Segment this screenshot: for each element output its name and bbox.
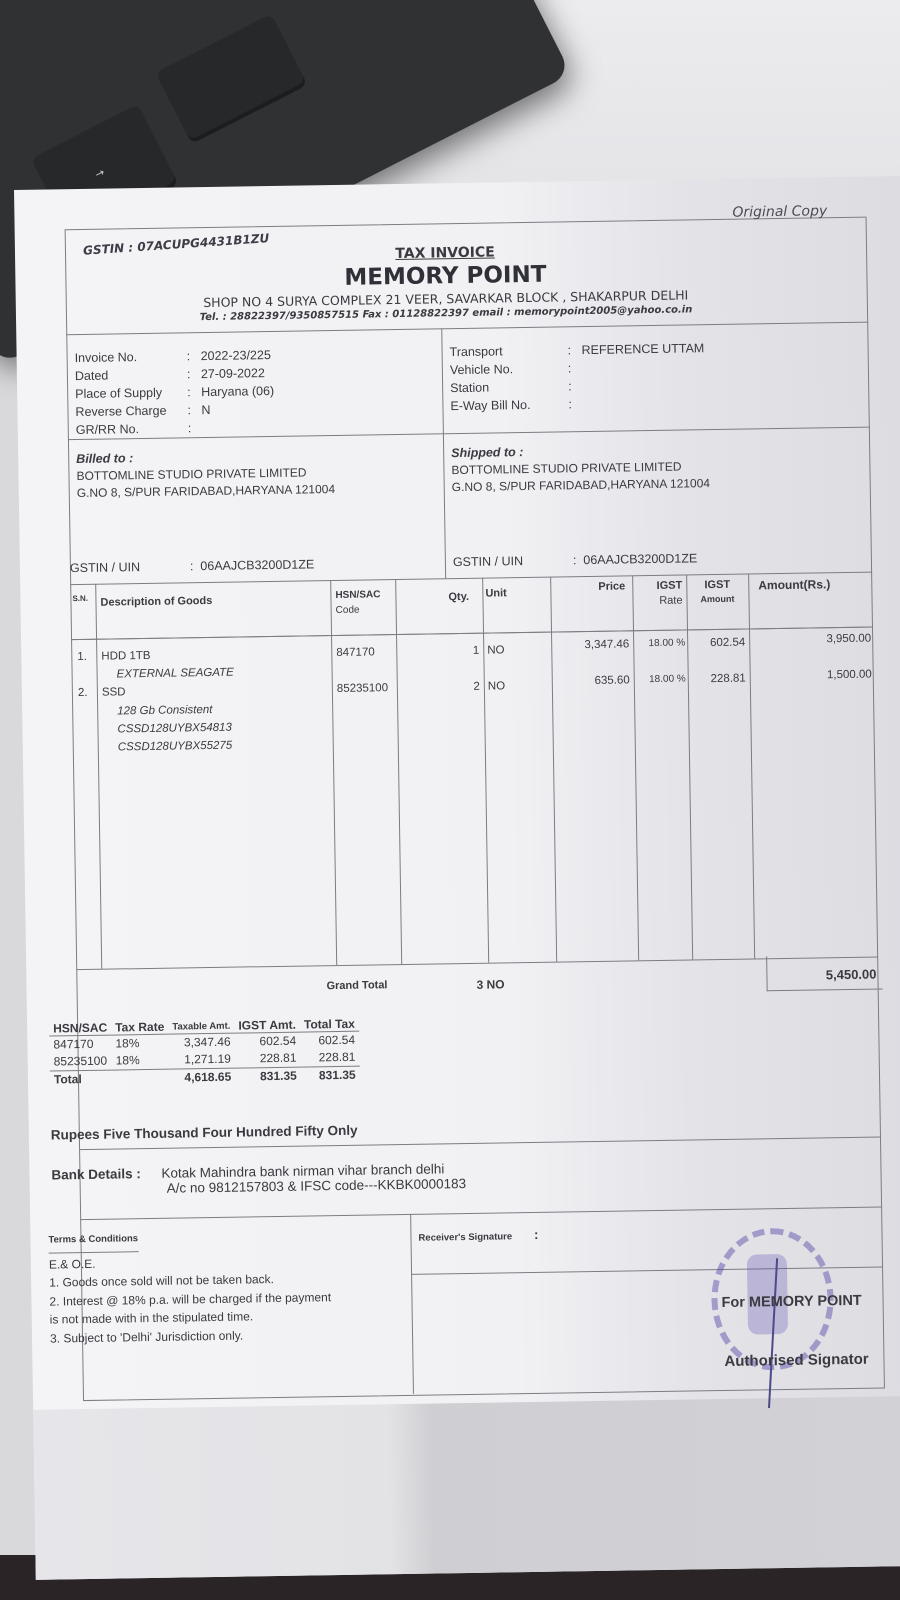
- item-unit: NO: [487, 644, 504, 656]
- receiver-signature-label: Receiver's Signature: [418, 1231, 512, 1243]
- gstin-value: 06AAJCB3200D1ZE: [200, 557, 314, 573]
- item-qty: 2: [442, 681, 480, 694]
- info-label: Dated: [75, 365, 187, 385]
- copy-label: Original Copy: [732, 203, 827, 220]
- item-description: SSD: [102, 686, 126, 698]
- hsn-header-line1: HSN/SAC: [335, 589, 380, 601]
- gstin-value: 06AAJCB3200D1ZE: [583, 551, 697, 567]
- tax-header-igst: IGST Amt.: [234, 1018, 300, 1034]
- item-qty: 1: [441, 645, 479, 658]
- info-label: Place of Supply: [75, 383, 187, 403]
- info-label: Transport: [449, 341, 567, 361]
- item-amount: 3,950.00: [749, 633, 871, 647]
- invoice-date: 27-09-2022: [201, 364, 265, 383]
- tax-summary-table: HSN/SAC Tax Rate Taxable Amt. IGST Amt. …: [49, 1017, 360, 1089]
- total-tax: 602.54: [300, 1031, 359, 1049]
- keyboard-key: [155, 14, 307, 144]
- col-header-amount: Amount(Rs.): [758, 577, 830, 592]
- igst-rate-line1: IGST: [638, 580, 682, 593]
- gstin-label: GSTIN / UIN: [453, 553, 573, 569]
- item-igst-rate: 18.00 %: [633, 638, 685, 650]
- igst-total: 831.35: [235, 1067, 301, 1086]
- col-header-igst-rate: IGSTRate: [638, 580, 682, 608]
- item-hsn: 847170: [336, 646, 375, 659]
- igst-amount: 602.54: [235, 1032, 301, 1051]
- item-sn: 2.: [78, 687, 88, 699]
- item-igst-amount: 602.54: [687, 637, 745, 650]
- invoice-info: Invoice No.:2022-23/225 Dated:27-09-2022…: [75, 346, 275, 439]
- item-hsn: 85235100: [337, 682, 388, 695]
- grand-total-qty: 3 NO: [476, 977, 504, 991]
- hsn-header-line2: Code: [336, 604, 381, 616]
- info-label: Invoice No.: [75, 347, 187, 367]
- invoice-paper: GSTIN : 07ACUPG4431B1ZU Original Copy TA…: [14, 176, 900, 1580]
- item-detail: EXTERNAL SEAGATE: [117, 667, 234, 681]
- col-header-unit: Unit: [485, 587, 507, 599]
- info-label: Reverse Charge: [75, 401, 187, 421]
- item-description: HDD 1TB: [101, 650, 150, 663]
- item-detail: 128 Gb Consistent: [117, 704, 212, 717]
- item-unit: NO: [488, 680, 505, 692]
- tax-rate: 18%: [111, 1034, 168, 1052]
- bank-label: Bank Details :: [51, 1166, 161, 1183]
- item-price: 3,347.46: [551, 638, 629, 651]
- authorised-signatory: Authorised Signator: [724, 1351, 868, 1370]
- billed-to: Billed to : BOTTOMLINE STUDIO PRIVATE LI…: [76, 447, 335, 502]
- tax-total-label: Total: [50, 1070, 112, 1088]
- tax-rate: 18%: [112, 1052, 169, 1070]
- item-detail: CSSD128UYBX55275: [118, 740, 233, 754]
- tax-header-total: Total Tax: [300, 1017, 359, 1032]
- info-row: Place of Supply:Haryana (06): [75, 382, 274, 403]
- info-label: E-Way Bill No.: [450, 395, 568, 415]
- col-header-sn: S.N.: [72, 594, 88, 603]
- taxable-amount: 3,347.46: [168, 1033, 234, 1052]
- total-tax-total: 831.35: [301, 1066, 360, 1084]
- tax-header-hsn: HSN/SAC: [49, 1021, 111, 1036]
- info-label: GR/RR No.: [76, 419, 188, 439]
- igst-amount-line1: IGST: [688, 579, 746, 592]
- receiver-signature: Receiver's Signature:: [418, 1227, 538, 1244]
- igst-amount-line2: Amount: [688, 594, 746, 605]
- receiver-colon: :: [534, 1227, 539, 1242]
- tax-hsn: 847170: [49, 1035, 111, 1053]
- igst-rate-line2: Rate: [638, 595, 682, 608]
- grand-total-label: Grand Total: [326, 979, 387, 992]
- col-header-qty: Qty.: [448, 591, 469, 603]
- col-header-price: Price: [598, 580, 625, 592]
- item-igst-rate: 18.00 %: [634, 674, 686, 686]
- terms-conditions: Terms & Conditions E.& O.E. 1. Goods onc…: [48, 1225, 331, 1347]
- reverse-charge: N: [201, 401, 210, 419]
- shipped-to: Shipped to : BOTTOMLINE STUDIO PRIVATE L…: [451, 441, 710, 496]
- item-sn: 1.: [77, 651, 87, 663]
- igst-amount: 228.81: [235, 1050, 301, 1069]
- tax-total-rate: [112, 1069, 169, 1087]
- terms-title: Terms & Conditions: [48, 1230, 138, 1253]
- grand-total-amount: 5,450.00: [766, 967, 876, 984]
- transport-info: Transport:REFERENCE UTTAM Vehicle No.: S…: [449, 339, 705, 415]
- paper-fold: [33, 1396, 900, 1580]
- invoice-number: 2022-23/225: [200, 346, 270, 365]
- info-row: GR/RR No.:: [76, 418, 275, 439]
- item-price: 635.60: [552, 674, 630, 687]
- tax-header-rate: Tax Rate: [111, 1020, 168, 1035]
- for-company-label: For MEMORY POINT: [721, 1293, 861, 1311]
- taxable-total: 4,618.65: [169, 1068, 235, 1087]
- place-of-supply: Haryana (06): [201, 382, 274, 401]
- info-label: Station: [450, 377, 568, 397]
- gstin-label: GSTIN / UIN: [70, 559, 190, 575]
- item-igst-amount: 228.81: [688, 673, 746, 686]
- info-label: Vehicle No.: [450, 359, 568, 379]
- item-amount: 1,500.00: [750, 669, 872, 683]
- tax-hsn: 85235100: [50, 1053, 112, 1071]
- taxable-amount: 1,271.19: [169, 1051, 235, 1070]
- col-header-hsn: HSN/SACCode: [335, 589, 380, 616]
- total-tax: 228.81: [300, 1049, 359, 1067]
- col-header-igst-amount: IGSTAmount: [688, 579, 746, 605]
- col-header-description: Description of Goods: [100, 595, 212, 609]
- transport-value: REFERENCE UTTAM: [581, 339, 704, 359]
- item-detail: CSSD128UYBX54813: [117, 722, 232, 736]
- tax-header-taxable: Taxable Amt.: [168, 1019, 234, 1035]
